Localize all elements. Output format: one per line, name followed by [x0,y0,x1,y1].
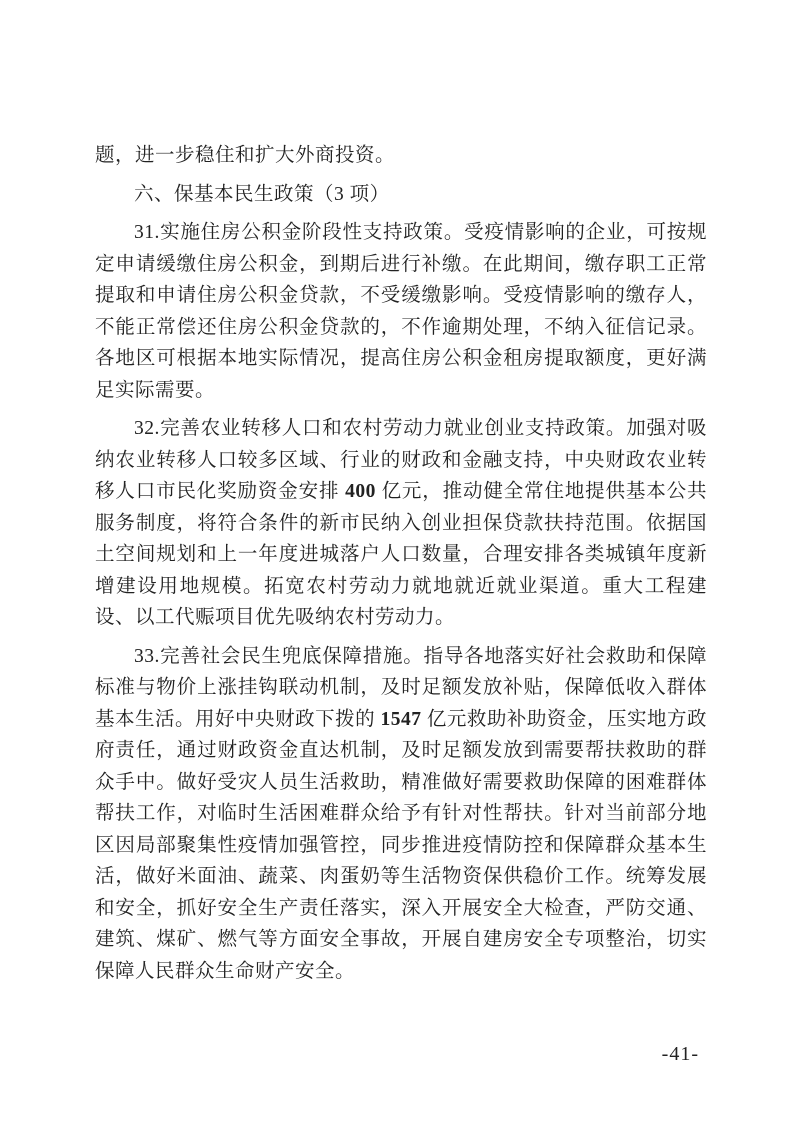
amount-highlight: 1547 [381,709,422,730]
policy-paragraph: 31.实施住房公积金阶段性支持政策。受疫情影响的企业，可按规定申请缓缴住房公积金… [95,217,707,406]
policy-paragraph: 32.完善农业转移人口和农村劳动力就业创业支持政策。加强对吸纳农业转移人口较多区… [95,413,707,634]
document-body: 题，进一步稳住和扩大外商投资。 六、保基本民生政策（3 项） 31.实施住房公积… [95,140,707,987]
amount-highlight: 400 [345,481,376,502]
page-number: -41- [662,1043,699,1066]
paragraph-text: 亿元，推动健全常住地提供基本公共服务制度，将符合条件的新市民纳入创业担保贷款扶持… [95,481,707,628]
paragraph-text: 31.实施住房公积金阶段性支持政策。受疫情影响的企业，可按规定申请缓缴住房公积金… [95,222,707,401]
policy-paragraph: 33.完善社会民生兜底保障措施。指导各地落实好社会救助和保障标准与物价上涨挂钩联… [95,641,707,988]
document-page: 题，进一步稳住和扩大外商投资。 六、保基本民生政策（3 项） 31.实施住房公积… [0,0,793,1122]
paragraph-text: 亿元救助补助资金，压实地方政府责任，通过财政资金直达机制，及时足额发放到需要帮扶… [95,709,707,982]
section-heading: 六、保基本民生政策（3 项） [95,179,707,211]
policy-paragraphs: 31.实施住房公积金阶段性支持政策。受疫情影响的企业，可按规定申请缓缴住房公积金… [95,217,707,987]
continuation-line: 题，进一步稳住和扩大外商投资。 [95,140,707,172]
